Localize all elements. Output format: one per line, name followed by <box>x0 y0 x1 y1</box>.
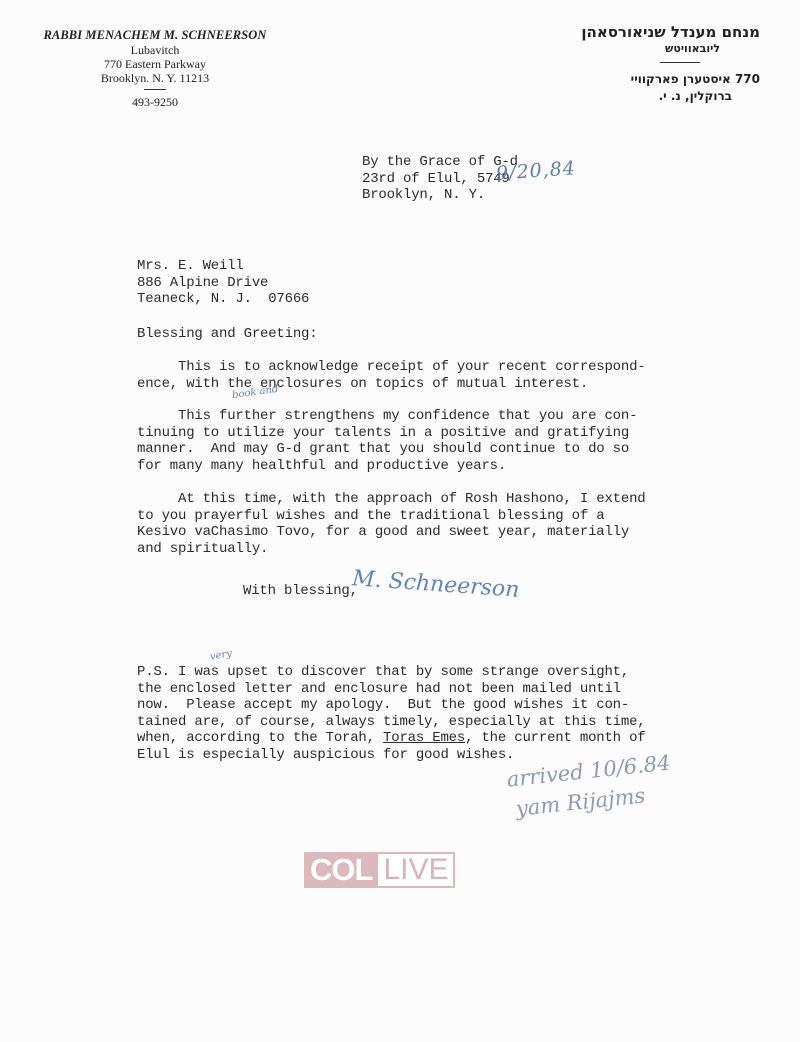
recipient-line: 886 Alpine Drive <box>137 275 309 292</box>
paragraph-1: This is to acknowledge receipt of your r… <box>137 359 646 392</box>
date-block: By the Grace of G-d23rd of Elul, 5749Bro… <box>362 154 518 204</box>
recipient-line: Teaneck, N. J. 07666 <box>137 291 309 308</box>
letterhead-line: 770 Eastern Parkway <box>30 57 280 71</box>
letterhead-phone: 493-9250 <box>30 95 280 109</box>
paragraph-3: At this time, with the approach of Rosh … <box>137 491 646 557</box>
letterhead-english: RABBI MENACHEM M. SCHNEERSON Lubavitch 7… <box>30 28 280 109</box>
ps-line: the enclosed letter and enclosure had no… <box>137 681 646 698</box>
letterhead-hebrew-divider <box>660 62 700 63</box>
ps-underlined-text: Toras Emes <box>383 730 465 746</box>
closing: With blessing, <box>243 583 358 600</box>
recipient-line: Mrs. E. Weill <box>137 258 309 275</box>
letterhead-line: Lubavitch <box>30 43 280 57</box>
salutation: Blessing and Greeting: <box>137 326 317 343</box>
handwritten-date: 9/20,84 <box>495 157 576 185</box>
letterhead-hebrew-name: מנחם מענדל שניאורסאהן <box>560 22 760 42</box>
letter-page: RABBI MENACHEM M. SCHNEERSON Lubavitch 7… <box>0 0 800 1042</box>
letterhead-hebrew-sub: ליובאוויטש <box>560 42 720 56</box>
letterhead-divider <box>144 89 166 90</box>
ps-text: , the current month of <box>465 730 645 746</box>
letterhead-hebrew-address-2: ברוקלין, נ. י. <box>560 88 732 105</box>
postscript: P.S. I was upset to discover that by som… <box>137 664 646 763</box>
letterhead-name: RABBI MENACHEM M. SCHNEERSON <box>30 28 280 43</box>
letterhead-line: Brooklyn. N. Y. 11213 <box>30 71 280 85</box>
date-line: Brooklyn, N. Y. <box>362 187 518 204</box>
ps-line: tained are, of course, always timely, es… <box>137 714 646 731</box>
watermark-live: LIVE <box>378 852 455 888</box>
ps-line: now. Please accept my apology. But the g… <box>137 697 646 714</box>
ps-text: when, according to the Torah, <box>137 730 383 746</box>
date-line: 23rd of Elul, 5749 <box>362 171 518 188</box>
collive-watermark: COL LIVE <box>304 852 455 888</box>
signature: M. Schneerson <box>351 566 520 603</box>
recipient-address: Mrs. E. Weill886 Alpine DriveTeaneck, N.… <box>137 258 309 308</box>
handwritten-insertion-very: very <box>209 648 233 663</box>
letterhead-hebrew: מנחם מענדל שניאורסאהן ליובאוויטש 770 איס… <box>560 22 760 105</box>
ps-line: when, according to the Torah, Toras Emes… <box>137 730 646 747</box>
watermark-col: COL <box>304 852 378 888</box>
paragraph-2: This further strengthens my confidence t… <box>137 408 637 474</box>
ps-line: P.S. I was upset to discover that by som… <box>137 664 646 681</box>
letterhead-hebrew-address-1: 770 איסטערן פארקוויי <box>560 71 760 88</box>
